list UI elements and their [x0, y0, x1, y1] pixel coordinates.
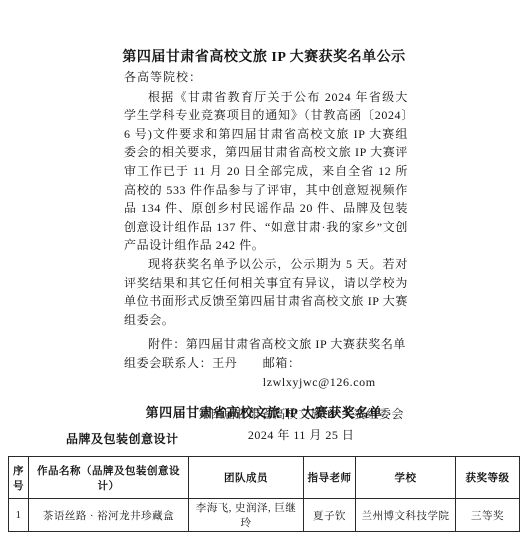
contact-line: 组委会联系人：王丹 邮箱：lzwlxyjwc@126.com: [124, 354, 408, 391]
category-heading: 品牌及包装创意设计: [66, 430, 179, 447]
column-header: 作品名称（品牌及包装创意设计）: [29, 457, 189, 499]
table-cell: 三等奖: [456, 499, 520, 532]
table-cell: 夏子钦: [304, 499, 356, 532]
table-cell: 1: [9, 499, 29, 532]
column-header: 序号: [9, 457, 29, 499]
table-cell: 李海飞, 史润泽, 巨继玲: [189, 499, 304, 532]
awards-table-body: 1茶语丝路 · 裕河龙井珍藏盒李海飞, 史润泽, 巨继玲夏子钦兰州博文科技学院三…: [9, 499, 520, 532]
awards-table: 序号作品名称（品牌及包装创意设计）团队成员指导老师学校获奖等级 1茶语丝路 · …: [8, 456, 520, 532]
column-header: 学校: [356, 457, 456, 499]
body-paragraphs: 根据《甘肃省教育厅关于公布 2024 年省级大学生学科专业竞赛项目的通知》（甘教…: [124, 88, 408, 330]
column-header: 指导老师: [304, 457, 356, 499]
column-header: 团队成员: [189, 457, 304, 499]
contact-person: 组委会联系人：王丹: [124, 354, 263, 391]
announcement-body: 各高等院校： 根据《甘肃省教育厅关于公布 2024 年省级大学生学科专业竞赛项目…: [124, 68, 408, 447]
contact-email: 邮箱：lzwlxyjwc@126.com: [263, 354, 408, 391]
awards-list-title: 第四届甘肃省高校文旅 IP 大赛获奖名单: [0, 402, 528, 421]
attachment-line: 附件：第四届甘肃省高校文旅 IP 大赛获奖名单: [124, 335, 408, 354]
page-title: 第四届甘肃省高校文旅 IP 大赛获奖名单公示: [0, 46, 528, 66]
awards-table-header-row: 序号作品名称（品牌及包装创意设计）团队成员指导老师学校获奖等级: [9, 457, 520, 499]
paragraph: 根据《甘肃省教育厅关于公布 2024 年省级大学生学科专业竞赛项目的通知》（甘教…: [124, 88, 408, 255]
table-cell: 兰州博文科技学院: [356, 499, 456, 532]
salutation: 各高等院校：: [124, 68, 408, 87]
paragraph: 现将获奖名单予以公示，公示期为 5 天。若对评奖结果和其它任何相关事宜有异议，请…: [124, 255, 408, 329]
column-header: 获奖等级: [456, 457, 520, 499]
signature-date: 2024 年 11 月 25 日: [198, 424, 404, 447]
table-row: 1茶语丝路 · 裕河龙井珍藏盒李海飞, 史润泽, 巨继玲夏子钦兰州博文科技学院三…: [9, 499, 520, 532]
table-cell: 茶语丝路 · 裕河龙井珍藏盒: [29, 499, 189, 532]
